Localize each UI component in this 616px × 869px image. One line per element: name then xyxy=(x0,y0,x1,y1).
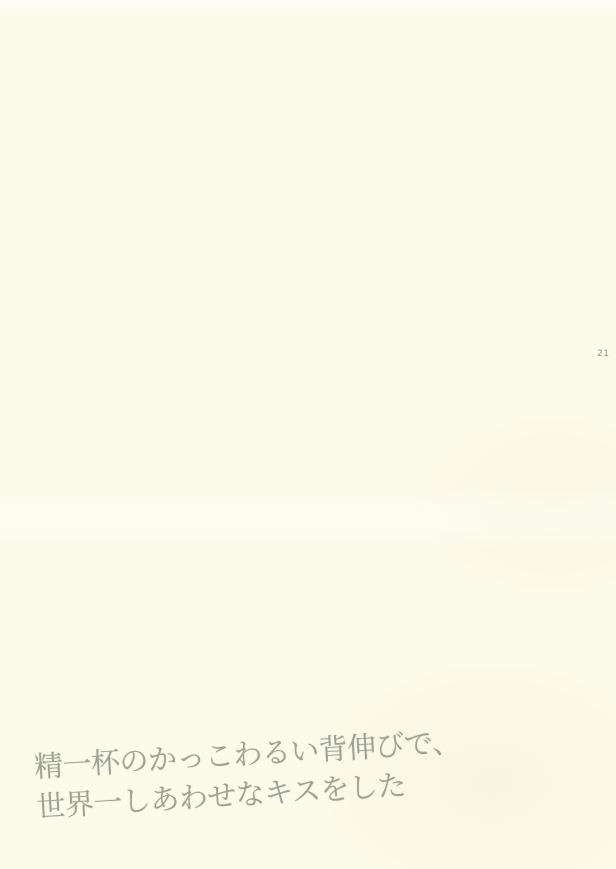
page-number: 21 xyxy=(597,349,609,360)
caption: 精一杯のかっこわるい背伸びで、 世界一しあわせなキスをした xyxy=(33,722,464,827)
scanned-page: 21 精一杯のかっこわるい背伸びで、 世界一しあわせなキスをした xyxy=(0,0,616,869)
